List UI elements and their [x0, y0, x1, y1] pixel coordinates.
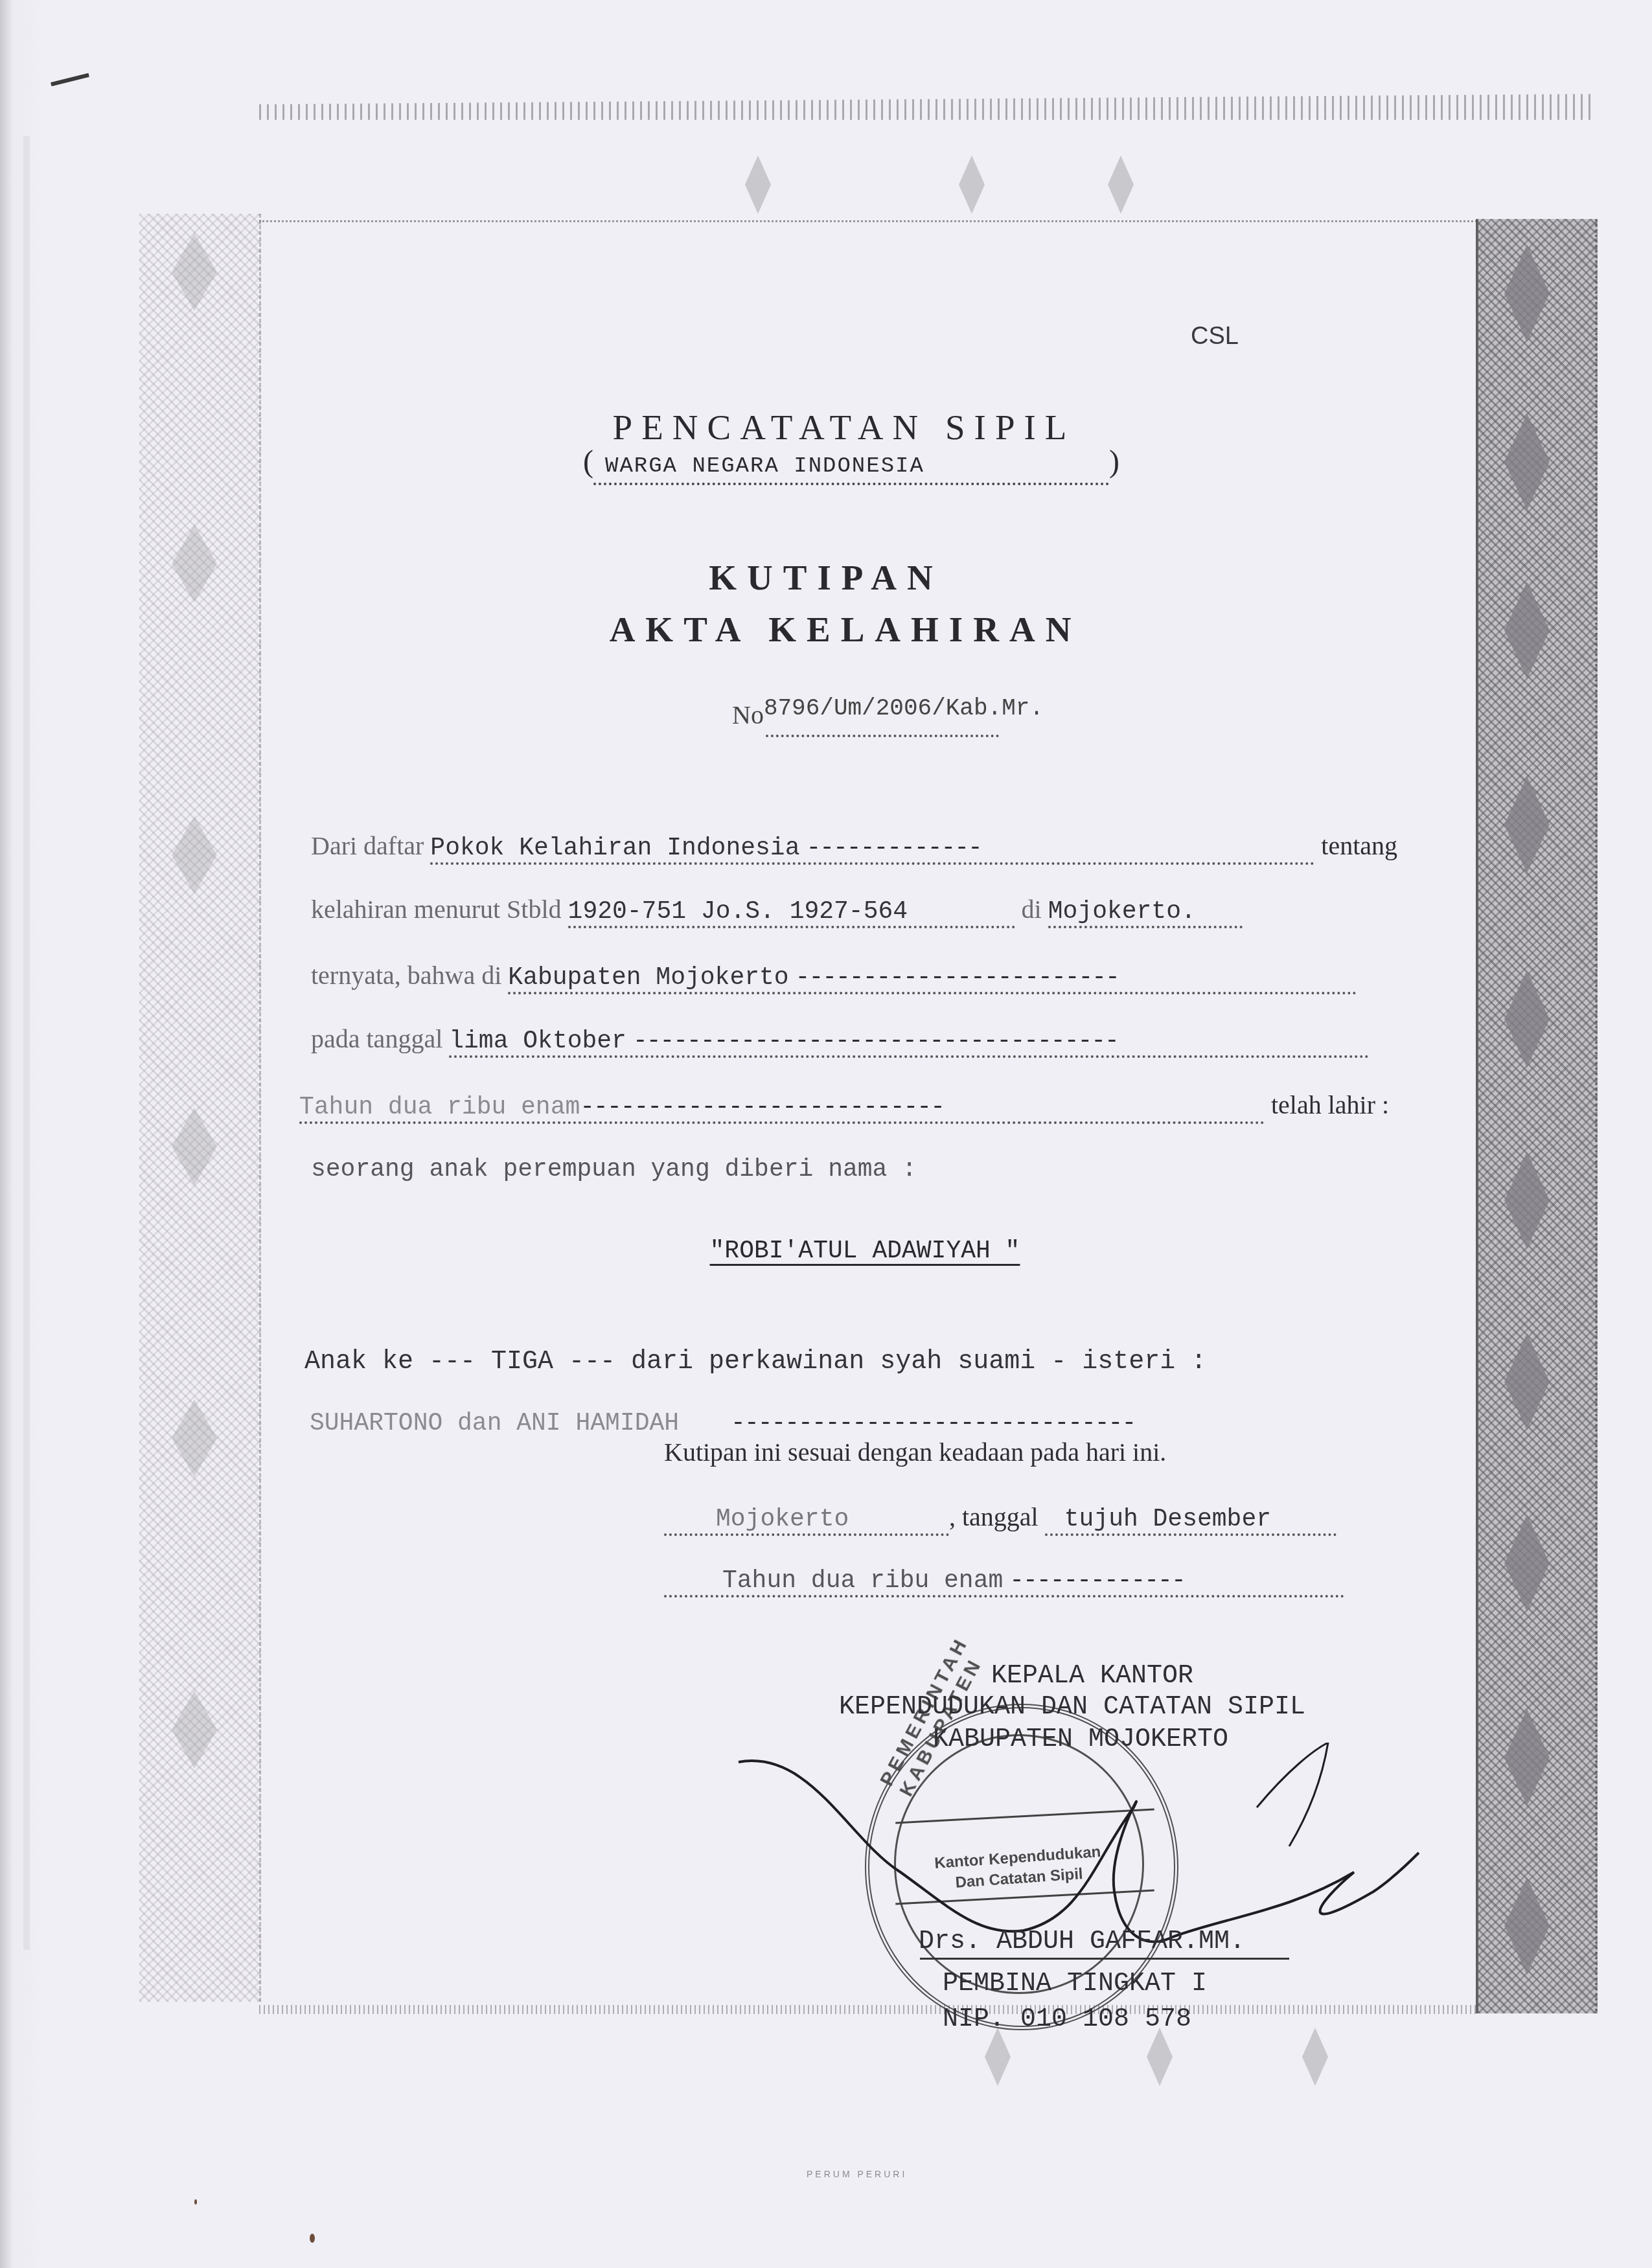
border-ornament — [1108, 155, 1134, 214]
line-label: kelahiran menurut Stbld — [311, 895, 562, 924]
line-fill: tujuh Desember — [1045, 1502, 1337, 1536]
paren-open: ( — [583, 444, 593, 479]
signatory-name-value: Drs. ABDUH GAFFAR.MM. — [919, 1927, 1245, 1956]
body-line-birth-date: pada tanggal lima Oktober --------------… — [311, 1024, 1438, 1058]
child-name: "ROBI'ATUL ADAWIYAH " — [0, 1237, 1652, 1265]
border-ornament — [985, 2028, 1011, 2086]
closing-statement: Kutipan ini sesuai dengan keadaan pada h… — [664, 1437, 1441, 1467]
line-fill: Pokok Kelahiran Indonesia ------------- — [430, 830, 1314, 865]
body-line-child-order: Anak ke --- TIGA --- dari perkawinan sya… — [304, 1344, 1432, 1377]
closing-place-date: Mojokerto, tanggal tujuh Desember — [664, 1502, 1441, 1536]
body-line-birth-year: Tahun dua ribu enam---------------------… — [299, 1090, 1427, 1124]
line-mid: di — [1022, 895, 1042, 924]
scan-speck — [194, 2199, 197, 2205]
dotted-rule — [766, 735, 999, 737]
signatory-nip: NIP. 010 108 578 — [943, 2005, 1191, 2034]
dash-fill: ------------------------------------ — [633, 1027, 1118, 1055]
closing-year: Tahun dua ribu enam ------------- — [664, 1563, 1441, 1598]
border-ornament — [745, 155, 771, 214]
handwritten-signature — [732, 1743, 1445, 1956]
closing-place-value: Mojokerto — [664, 1506, 849, 1533]
document-number: No8796/Um/2006/Kab.Mr. — [732, 700, 1044, 731]
line-label: ternyata, bahwa di — [311, 961, 501, 990]
body-line-parents: SUHARTONO dan ANI HAMIDAH --------------… — [310, 1406, 1437, 1438]
signatory-name-underline — [920, 1958, 1289, 1960]
register-value: Pokok Kelahiran Indonesia — [430, 834, 799, 862]
dash-fill: ------------- — [806, 834, 981, 862]
border-ornament — [1147, 2028, 1173, 2086]
line-fill: Mojokerto. — [1048, 894, 1243, 928]
security-border-right — [1476, 219, 1598, 2013]
citizenship-line: (WARGA NEGARA INDONESIA) — [583, 444, 1119, 485]
scan-speck — [310, 2234, 315, 2243]
line-suffix: telah lahir : — [1271, 1090, 1389, 1119]
body-line-statute: kelahiran menurut Stbld 1920-751 Jo.S. 1… — [311, 894, 1438, 928]
closing-year-value: Tahun dua ribu enam — [664, 1567, 1003, 1595]
scan-mark — [51, 73, 89, 86]
security-border-bottom — [259, 2005, 1477, 2014]
border-ornament — [959, 155, 985, 214]
body-line-child-intro: seorang anak perempuan yang diberi nama … — [311, 1152, 1438, 1184]
child-name-value: "ROBI'ATUL ADAWIYAH " — [710, 1237, 1020, 1265]
child-order-text: Anak ke --- TIGA --- dari perkawinan sya… — [304, 1347, 1206, 1377]
document-header-title: PENCATATAN SIPIL — [0, 407, 1652, 448]
security-border-top-line — [259, 220, 1477, 224]
body-line-birth-place: ternyata, bahwa di Kabupaten Mojokerto -… — [311, 960, 1438, 994]
statute-value: 1920-751 Jo.S. 1927-564 — [568, 898, 908, 926]
body-line-register: Dari daftar Pokok Kelahiran Indonesia --… — [311, 830, 1438, 865]
citizenship-value: WARGA NEGARA INDONESIA — [593, 454, 1109, 485]
document-code: CSL — [1191, 323, 1239, 350]
place-value: Mojokerto. — [1048, 898, 1196, 926]
child-intro-text: seorang anak perempuan yang diberi nama … — [311, 1156, 917, 1184]
dash-fill: ------------------------------ — [731, 1410, 1135, 1438]
line-suffix: tentang — [1321, 831, 1397, 860]
printer-mark: PERUM PERURI — [807, 2169, 907, 2179]
paren-close: ) — [1109, 444, 1119, 479]
line-label: Dari daftar — [311, 831, 424, 860]
line-fill: lima Oktober ---------------------------… — [449, 1024, 1369, 1058]
document-title-line2: AKTA KELAHIRAN — [0, 609, 1652, 650]
security-border-top — [259, 94, 1594, 120]
line-fill: 1920-751 Jo.S. 1927-564 — [568, 894, 1015, 928]
document-title-line1: KUTIPAN — [0, 557, 1652, 598]
document-number-value: 8796/Um/2006/Kab.Mr. — [764, 695, 1044, 722]
line-fill: Tahun dua ribu enam---------------------… — [299, 1090, 1265, 1124]
line-label: pada tanggal — [311, 1024, 442, 1053]
dash-fill: --------------------------- — [580, 1094, 944, 1121]
document-number-prefix: No — [732, 700, 764, 729]
dash-fill: ------------------------ — [796, 964, 1119, 992]
line-fill: Mojokerto — [664, 1502, 949, 1536]
birth-place-value: Kabupaten Mojokerto — [508, 964, 788, 992]
scan-edge — [0, 0, 45, 2268]
border-ornament — [1302, 2028, 1328, 2086]
signatory-position-1: KEPALA KANTOR — [991, 1662, 1193, 1691]
line-fill: Kabupaten Mojokerto --------------------… — [508, 960, 1357, 994]
birth-date-value: lima Oktober — [449, 1027, 626, 1055]
parents-value: SUHARTONO dan ANI HAMIDAH — [310, 1410, 679, 1438]
birth-year-value: Tahun dua ribu enam — [299, 1094, 580, 1121]
security-border-left — [139, 214, 261, 2002]
signatory-name: Drs. ABDUH GAFFAR.MM. — [919, 1927, 1245, 1956]
closing-date-value: tujuh Desember — [1045, 1506, 1271, 1533]
signatory-rank: PEMBINA TINGKAT I — [943, 1969, 1207, 1999]
